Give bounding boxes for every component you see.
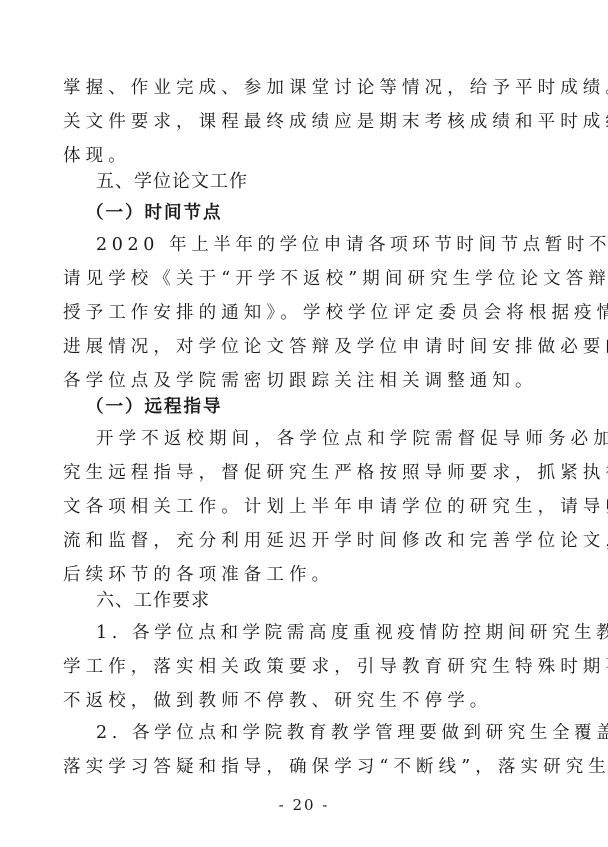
body-line: 进展情况，对学位论文答辩及学位申请时间安排做必要的调整，	[63, 332, 563, 362]
body-line: 请见学校《关于“开学不返校”期间研究生学位论文答辩及学位	[63, 264, 563, 294]
body-line: 2020 年上半年的学位申请各项环节时间节点暂时不变，具体	[96, 230, 596, 260]
body-line: 落实学习答疑和指导，确保学习“不断线”，落实研究生情况日	[63, 752, 563, 782]
body-line: 掌握、作业完成、参加课堂讨论等情况，给予平时成绩。根据相	[63, 73, 563, 103]
body-line: 2. 各学位点和学院教育教学管理要做到研究生全覆盖，切实	[96, 718, 596, 748]
subsection-heading: （一）时间节点	[86, 198, 586, 228]
body-line: 究生远程指导，督促研究生严格按照导师要求，抓紧执行学位论	[63, 458, 563, 488]
section-heading: 五、学位论文工作	[96, 167, 596, 197]
body-line: 流和监督，充分利用延迟开学时间修改和完善学位论文，并做好	[63, 526, 563, 556]
body-line: 关文件要求，课程最终成绩应是期末考核成绩和平时成绩的综合	[63, 107, 563, 137]
subsection-heading: （一）远程指导	[86, 392, 586, 422]
body-line: 1. 各学位点和学院需高度重视疫情防控期间研究生教育教	[96, 618, 596, 648]
body-line: 不返校，做到教师不停教、研究生不停学。	[63, 686, 563, 716]
body-line: 授予工作安排的通知》。学校学位评定委员会将根据疫情的防控	[63, 298, 563, 328]
body-line: 文各项相关工作。计划上半年申请学位的研究生，请导师加强交	[63, 492, 563, 522]
document-page: 掌握、作业完成、参加课堂讨论等情况，给予平时成绩。根据相 关文件要求，课程最终成…	[0, 0, 608, 847]
page-number: - 20 -	[0, 796, 608, 814]
section-heading: 六、工作要求	[96, 586, 596, 616]
body-line: 学工作，落实相关政策要求，引导教育研究生特殊时期不离家、	[63, 652, 563, 682]
body-line: 开学不返校期间，各学位点和学院需督促导师务必加强对研	[96, 424, 596, 454]
